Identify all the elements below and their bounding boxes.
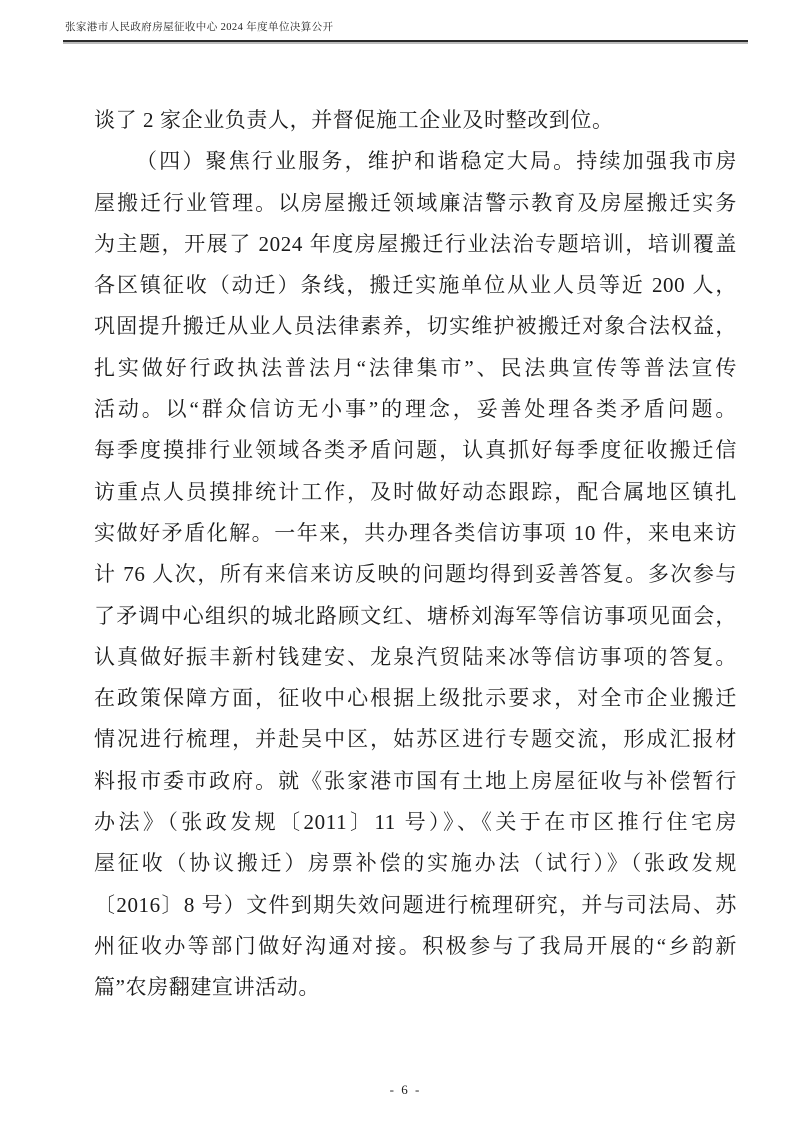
body-line: 在政策保障方面，征收中心根据上级批示要求，对全市企业搬迁: [94, 678, 737, 719]
body-line: 扎实做好行政执法普法月“法律集市”、民法典宣传等普法宣传: [94, 348, 737, 389]
body-line: 认真做好振丰新村钱建安、龙泉汽贸陆来冰等信访事项的答复。: [94, 637, 737, 678]
body-line: 活动。以“群众信访无小事”的理念，妥善处理各类矛盾问题。: [94, 389, 737, 430]
body-line: 〔2016〕8 号）文件到期失效问题进行梳理研究，并与司法局、苏: [94, 885, 737, 926]
body-line: 谈了 2 家企业负责人，并督促施工企业及时整改到位。: [94, 100, 737, 141]
body-text: 谈了 2 家企业负责人，并督促施工企业及时整改到位。 （四）聚焦行业服务，维护和…: [94, 100, 737, 1009]
body-line: 为主题，开展了 2024 年度房屋搬迁行业法治专题培训，培训覆盖: [94, 224, 737, 265]
page-number: - 6 -: [390, 1082, 422, 1097]
body-line: 各区镇征收（动迁）条线，搬迁实施单位从业人员等近 200 人，: [94, 265, 737, 306]
body-line: 每季度摸排行业领域各类矛盾问题，认真抓好每季度征收搬迁信: [94, 430, 737, 471]
document-page: 张家港市人民政府房屋征收中心 2024 年度单位决算公开 谈了 2 家企业负责人…: [0, 0, 793, 1122]
body-line: （四）聚焦行业服务，维护和谐稳定大局。持续加强我市房: [94, 141, 737, 182]
body-line: 州征收办等部门做好沟通对接。积极参与了我局开展的“乡韵新: [94, 926, 737, 967]
body-line: 了矛调中心组织的城北路顾文红、塘桥刘海军等信访事项见面会，: [94, 596, 737, 637]
body-line: 情况进行梳理，并赴吴中区，姑苏区进行专题交流，形成汇报材: [94, 719, 737, 760]
body-line: 巩固提升搬迁从业人员法律素养，切实维护被搬迁对象合法权益，: [94, 306, 737, 347]
body-line: 实做好矛盾化解。一年来，共办理各类信访事项 10 件，来电来访: [94, 513, 737, 554]
header-title: 张家港市人民政府房屋征收中心 2024 年度单位决算公开: [65, 19, 748, 34]
body-line: 访重点人员摸排统计工作，及时做好动态跟踪，配合属地区镇扎: [94, 472, 737, 513]
footer: - 6 -: [63, 1082, 748, 1098]
header-rule: [63, 40, 748, 42]
body-line: 屋征收（协议搬迁）房票补偿的实施办法（试行）》（张政发规: [94, 843, 737, 884]
body-line: 料报市委市政府。就《张家港市国有土地上房屋征收与补偿暂行: [94, 761, 737, 802]
body-line: 办法》（张政发规〔2011〕11 号）》、《关于在市区推行住宅房: [94, 802, 737, 843]
body-line: 篇”农房翻建宣讲活动。: [94, 967, 737, 1008]
body-line: 计 76 人次，所有来信来访反映的问题均得到妥善答复。多次参与: [94, 554, 737, 595]
body-line: 屋搬迁行业管理。以房屋搬迁领域廉洁警示教育及房屋搬迁实务: [94, 183, 737, 224]
